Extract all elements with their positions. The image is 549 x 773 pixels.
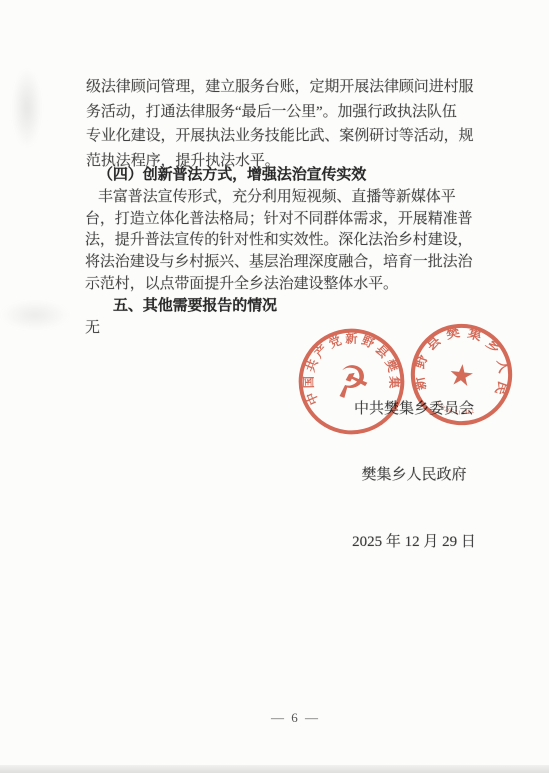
- scanned-document-page: 级法律顾问管理，建立服务台账，定期开展法律顾问进村服 务活动，打通法律服务“最后…: [0, 0, 549, 773]
- text-line: 专业化建设，开展执法业务技能比武、案例研讨等活动，规: [86, 124, 473, 149]
- hammer-sickle-icon: ☭: [328, 354, 376, 410]
- text-line: 台，打造立体化普法格局；针对不同群体需求，开展精准普: [85, 209, 472, 231]
- government-seal: 新野县樊集乡人民政府 ★ 173296314482: [403, 316, 521, 434]
- signature-org-government: 樊集乡人民政府: [333, 464, 495, 486]
- svg-text:173296314482: 173296314482: [433, 401, 476, 418]
- text-line: 务活动，打通法律服务“最后一公里”。加强行政执法队伍: [86, 100, 473, 125]
- signature-date: 2025 年 12 月 29 日: [333, 531, 495, 553]
- government-seal-code: 173296314482: [433, 401, 476, 418]
- text-line: 将法治建设与乡村振兴、基层治理深度融合，培育一批法治: [85, 252, 472, 274]
- paragraph-continuation: 级法律顾问管理，建立服务台账，定期开展法律顾问进村服 务活动，打通法律服务“最后…: [86, 75, 473, 173]
- page-number: — 6 —: [42, 710, 549, 726]
- scan-smudge: [12, 68, 42, 148]
- text-line: 法，提升普法宣传的针对性和实效性。深化法治乡村建设，: [85, 230, 472, 252]
- section-heading-five: 五、其他需要报告的情况: [85, 296, 472, 318]
- section-block: （四）创新普法方式，增强法治宣传实效 丰富普法宣传形式，充分利用短视频、直播等新…: [85, 165, 472, 339]
- text-line: 级法律顾问管理，建立服务台账，定期开展法律顾问进村服: [86, 75, 473, 100]
- star-icon: ★: [447, 357, 477, 394]
- text-line: 丰富普法宣传形式，充分利用短视频、直播等新媒体平: [85, 187, 472, 209]
- scan-smudge: [0, 300, 70, 330]
- section-heading-four: （四）创新普法方式，增强法治宣传实效: [85, 165, 472, 187]
- text-line: 示范村，以点带面提升全乡法治建设整体水平。: [85, 274, 472, 296]
- scan-edge-shadow: [0, 765, 549, 773]
